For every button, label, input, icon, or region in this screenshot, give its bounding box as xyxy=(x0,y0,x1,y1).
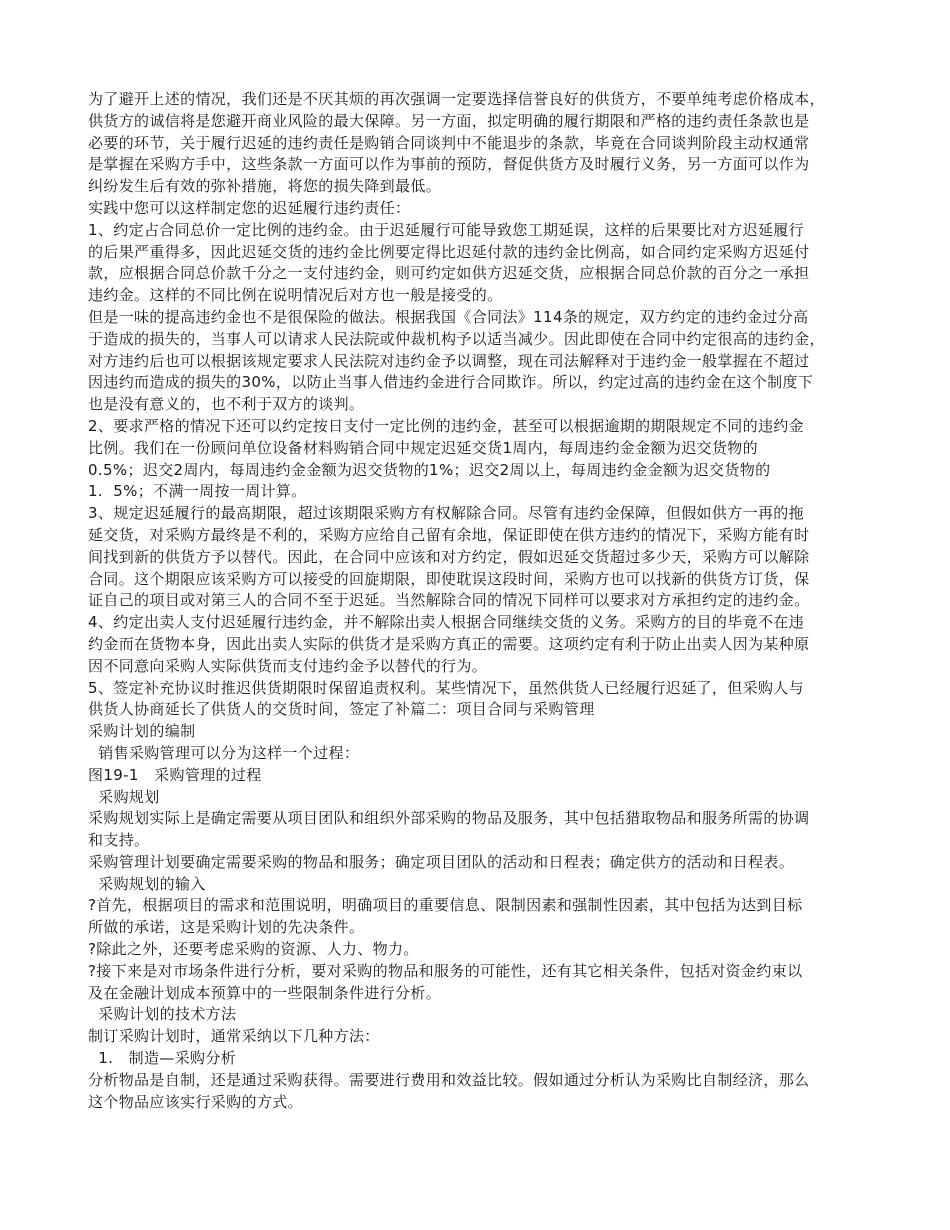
input-bullet-1-line: 所做的承诺，这是采购计划的先决条件。 xyxy=(88,917,888,939)
input-bullet-2-line: ?除此之外，还要考虑采购的资源、人力、物力。 xyxy=(88,939,888,961)
subheading-techniques: 采购计划的技术方法 xyxy=(88,1004,888,1026)
penalty-note-line: 也是没有意义的，也不利于双方的谈判。 xyxy=(88,394,888,416)
technique-1-line: 这个物品应该实行采购的方式。 xyxy=(88,1092,888,1114)
penalty-note-line: 对方违约后也可以根据该规定要求人民法院对违约金予以调整，现在司法解释对于违约金一… xyxy=(88,351,888,373)
section-heading-procurement-plan: 采购计划的编制 xyxy=(88,721,888,743)
item-5-line: 5、签定补充协议时推迟供货期限时保留追责权利。某些情况下，虽然供货人已经履行迟延… xyxy=(88,678,888,700)
item-2-line: 2、要求严格的情况下还可以约定按日支付一定比例的违约金，甚至可以根据逾期的期限规… xyxy=(88,416,888,438)
penalty-note-line: 因违约而造成的损失的30%，以防止当事人借违约金进行合同欺诈。所以，约定过高的违… xyxy=(88,372,888,394)
item-1-line: 的后果严重得多，因此迟延交货的违约金比例要定得比迟延付款的违约金比例高，如合同约… xyxy=(88,242,888,264)
penalty-note-line: 但是一味的提高违约金也不是很保险的做法。根据我国《合同法》114条的规定，双方约… xyxy=(88,307,888,329)
item-4-line: 4、约定出卖人支付迟延履行违约金，并不解除出卖人根据合同继续交货的义务。采购方的… xyxy=(88,612,888,634)
item-5-line: 供货人协商延长了供货人的交货时间，签定了补篇二：项目合同与采购管理 xyxy=(88,699,888,721)
item-1-line: 1、约定占合同总价一定比例的违约金。由于迟延履行可能导致您工期延误，这样的后果要… xyxy=(88,220,888,242)
paragraph-intro-line: 为了避开上述的情况，我们还是不厌其烦的再次强调一定要选择信誉良好的供货方，不要单… xyxy=(88,89,888,111)
input-bullet-3-line: ?接下来是对市场条件进行分析，要对采购的物品和服务的可能性，还有其它相关条件，包… xyxy=(88,961,888,983)
item-3-line: 3、规定迟延履行的最高期限，超过该期限采购方有权解除合同。尽管有违约金保障，但假… xyxy=(88,503,888,525)
item-2-line: 0.5%；迟交2周内，每周违约金金额为迟交货物的1%；迟交2周以上，每周违约金金… xyxy=(88,460,888,482)
figure-caption: 图19-1 采购管理的过程 xyxy=(88,765,888,787)
technique-1-heading: 1. 制造—采购分析 xyxy=(88,1048,888,1070)
planning-definition-line: 和支持。 xyxy=(88,830,888,852)
procurement-process-intro: 销售采购管理可以分为这样一个过程： xyxy=(88,743,888,765)
item-1-line: 违约金。这样的不同比例在说明情况后对方也一般是接受的。 xyxy=(88,285,888,307)
input-bullet-3-line: 及在金融计划成本预算中的一些限制条件进行分析。 xyxy=(88,983,888,1005)
paragraph-intro-line: 必要的环节，关于履行迟延的违约责任是购销合同谈判中不能退步的条款，毕竟在合同谈判… xyxy=(88,133,888,155)
item-4-line: 约金而在货物本身，因此出卖人实际的供货才是采购方真正的需要。这项约定有利于防止出… xyxy=(88,634,888,656)
paragraph-intro-line: 是掌握在采购方手中，这些条款一方面可以作为事前的预防，督促供货方及时履行义务，另… xyxy=(88,154,888,176)
item-2-line: 1. 5%；不满一周按一周计算。 xyxy=(88,481,888,503)
item-3-line: 合同。这个期限应该采购方可以接受的回旋期限，即使耽误这段时间，采购方也可以找新的… xyxy=(88,569,888,591)
management-plan-line: 采购管理计划要确定需要采购的物品和服务；确定项目团队的活动和日程表；确定供方的活… xyxy=(88,852,888,874)
technique-1-line: 分析物品是自制，还是通过采购获得。需要进行费用和效益比较。假如通过分析认为采购比… xyxy=(88,1070,888,1092)
item-3-line: 证自己的项目或对第三人的合同不至于迟延。当然解除合同的情况下同样可以要求对方承担… xyxy=(88,590,888,612)
planning-definition-line: 采购规划实际上是确定需要从项目团队和组织外部采购的物品及服务，其中包括猎取物品和… xyxy=(88,808,888,830)
subheading-procurement-planning: 采购规划 xyxy=(88,787,888,809)
techniques-intro: 制订采购计划时，通常采纳以下几种方法： xyxy=(88,1026,888,1048)
document-body: 为了避开上述的情况，我们还是不厌其烦的再次强调一定要选择信誉良好的供货方，不要单… xyxy=(88,89,888,1113)
paragraph-intro-line: 纠纷发生后有效的弥补措施，将您的损失降到最低。 xyxy=(88,176,888,198)
paragraph-intro-line: 供货方的诚信将是您避开商业风险的最大保障。另一方面，拟定明确的履行期限和严格的违… xyxy=(88,111,888,133)
item-2-line: 比例。我们在一份顾问单位设备材料购销合同中规定迟延交货1周内，每周违约金金额为迟… xyxy=(88,438,888,460)
penalty-note-line: 于造成的损失的，当事人可以请求人民法院或仲裁机构予以适当减少。因此即使在合同中约… xyxy=(88,329,888,351)
item-3-line: 间找到新的供货方予以替代。因此，在合同中应该和对方约定，假如迟延交货超过多少天，… xyxy=(88,547,888,569)
practice-heading: 实践中您可以这样制定您的迟延履行违约责任： xyxy=(88,198,888,220)
item-1-line: 款，应根据合同总价款千分之一支付违约金，则可约定如供方迟延交货，应根据合同总价款… xyxy=(88,263,888,285)
item-3-line: 延交货，对采购方最终是不利的，采购方应给自己留有余地，保证即使在供方违约的情况下… xyxy=(88,525,888,547)
input-bullet-1-line: ?首先，根据项目的需求和范围说明，明确项目的重要信息、限制因素和强制性因素，其中… xyxy=(88,895,888,917)
item-4-line: 因不同意向采购人实际供货而支付违约金予以替代的行为。 xyxy=(88,656,888,678)
subheading-planning-inputs: 采购规划的输入 xyxy=(88,874,888,896)
